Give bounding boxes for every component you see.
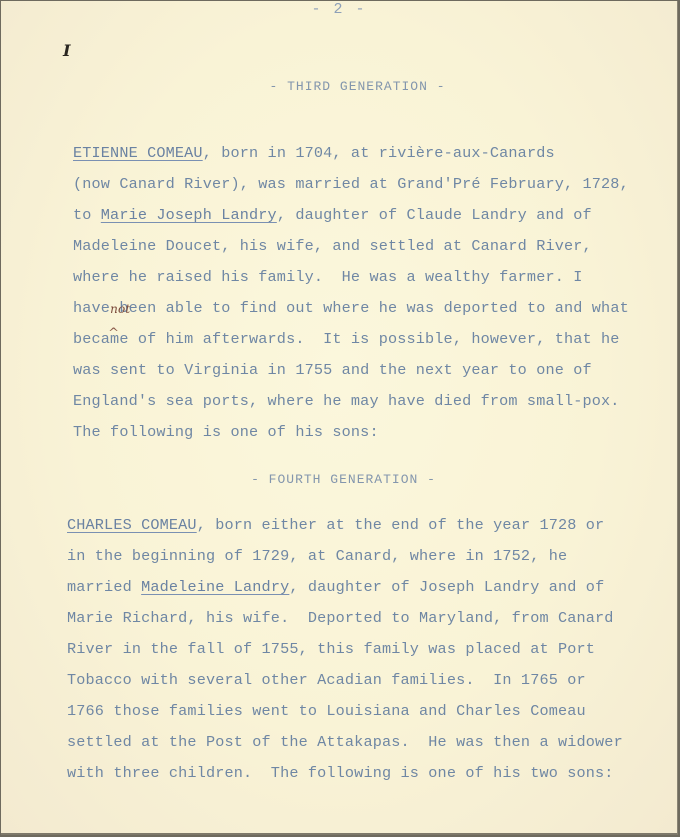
handwritten-margin-mark: I [63, 41, 70, 60]
text-line: in the beginning of 1729, at Canard, whe… [67, 541, 667, 572]
text-line: River in the fall of 1755, this family w… [67, 634, 667, 665]
person-name-spouse: Madeleine Landry [141, 578, 289, 596]
text-line: with three children. The following is on… [67, 758, 667, 789]
text-line: was sent to Virginia in 1755 and the nex… [73, 355, 673, 386]
text-line: Madeleine Doucet, his wife, and settled … [73, 231, 673, 262]
paragraph-charles-comeau: CHARLES COMEAU, born either at the end o… [67, 510, 667, 789]
typewritten-page: - 2 - I - THIRD GENERATION - ETIENNE COM… [1, 1, 678, 835]
text-line: CHARLES COMEAU, born either at the end o… [67, 510, 667, 541]
heading-third-generation: - THIRD GENERATION - [19, 79, 680, 94]
text-line: Marie Richard, his wife. Deported to Mar… [67, 603, 667, 634]
person-name-charles: CHARLES COMEAU [67, 516, 197, 534]
text-line: (now Canard River), was married at Grand… [73, 169, 673, 200]
heading-fourth-generation: - FOURTH GENERATION - [5, 472, 680, 487]
text-line: where he raised his family. He was a wea… [73, 262, 673, 293]
text-line: became of him afterwards. It is possible… [73, 324, 673, 355]
text-line: The following is one of his sons: [73, 417, 673, 448]
text-line: married Madeleine Landry, daughter of Jo… [67, 572, 667, 603]
handwritten-insertion-word: not [110, 294, 130, 325]
text-line: ETIENNE COMEAU, born in 1704, at rivière… [73, 138, 673, 169]
text-line: Tobacco with several other Acadian famil… [67, 665, 667, 696]
page-number: - 2 - [1, 1, 677, 18]
paragraph-etienne-comeau: ETIENNE COMEAU, born in 1704, at rivière… [73, 138, 673, 448]
text-line: to Marie Joseph Landry, daughter of Clau… [73, 200, 673, 231]
person-name-spouse: Marie Joseph Landry [101, 206, 277, 224]
text-line: England's sea ports, where he may have d… [73, 386, 673, 417]
text-line: 1766 those families went to Louisiana an… [67, 696, 667, 727]
person-name-etienne: ETIENNE COMEAU [73, 144, 203, 162]
text-line: have^not been able to find out where he … [73, 293, 673, 324]
text-line: settled at the Post of the Attakapas. He… [67, 727, 667, 758]
